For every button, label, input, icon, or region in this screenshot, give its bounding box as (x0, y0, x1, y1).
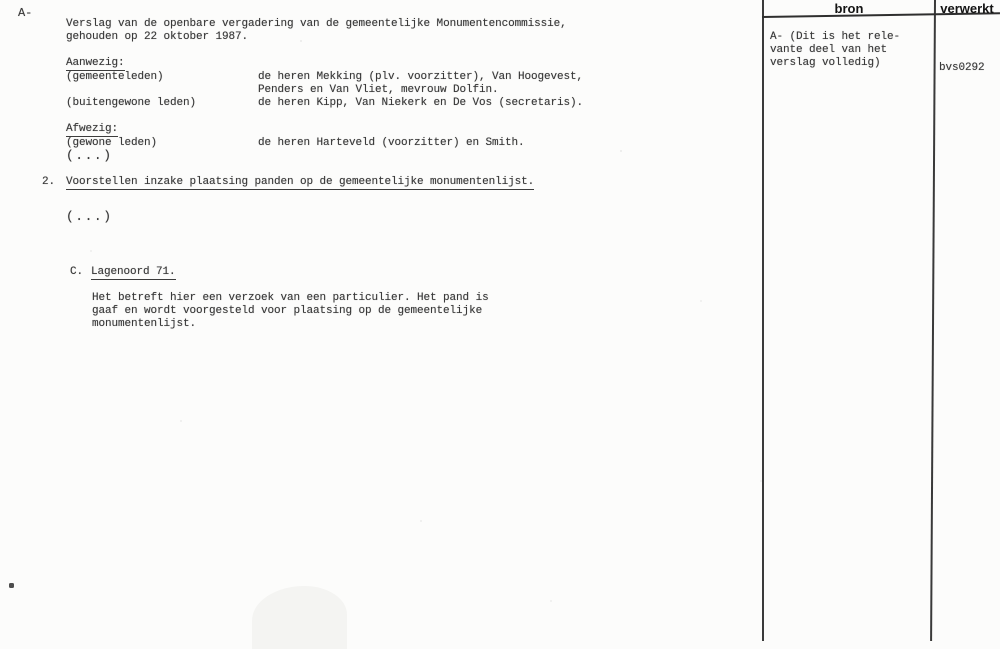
scan-noise-speckles (0, 0, 2, 2)
present-heading-text: Aanwezig: (66, 57, 125, 71)
item2-number: 2. (42, 176, 55, 189)
bron-note-line-2: vante deel van het (770, 44, 887, 57)
present-value-buitengewone-leden: de heren Kipp, Van Niekerk en De Vos (se… (258, 97, 583, 110)
present-label-buitengewone-leden: (buitengewone leden) (66, 97, 196, 110)
table-divider-right (930, 0, 936, 641)
itemC-body-line-3: monumentenlijst. (92, 318, 196, 331)
table-divider-left (762, 0, 764, 641)
itemC-heading: Lagenoord 71. (91, 266, 176, 279)
ellipsis-omission-2: (...) (66, 210, 113, 223)
verwerkt-code: bvs0292 (939, 62, 985, 75)
present-value-gemeenteleden-2: Penders en Van Vliet, mevrouw Dolfin. (258, 84, 499, 97)
itemC-body-line-2: gaaf en wordt voorgesteld voor plaatsing… (92, 305, 482, 318)
present-heading: Aanwezig: (66, 57, 125, 70)
itemC-label: C. (70, 266, 83, 279)
absent-heading-text: Afwezig: (66, 123, 118, 137)
absent-heading: Afwezig: (66, 123, 118, 136)
intro-line-2: gehouden op 22 oktober 1987. (66, 31, 248, 44)
present-label-gemeenteleden: (gemeenteleden) (66, 71, 164, 84)
bron-note-line-1: A- (Dit is het rele- (770, 31, 900, 44)
absent-value-gewone-leden: de heren Harteveld (voorzitter) en Smith… (258, 137, 525, 150)
intro-line-1: Verslag van de openbare vergadering van … (66, 18, 567, 31)
scan-smudge (252, 586, 347, 649)
present-value-gemeenteleden-1: de heren Mekking (plv. voorzitter), Van … (258, 71, 583, 84)
column-header-bron: bron (764, 1, 934, 16)
bron-note-line-3: verslag volledig) (770, 57, 881, 70)
item2-heading-text: Voorstellen inzake plaatsing panden op d… (66, 176, 534, 190)
itemC-body-line-1: Het betreft hier een verzoek van een par… (92, 292, 489, 305)
page-marker: A- (18, 7, 32, 20)
scan-ink-dot (9, 583, 14, 588)
ellipsis-omission-1: (...) (66, 149, 113, 162)
itemC-heading-text: Lagenoord 71. (91, 266, 176, 280)
item2-heading: Voorstellen inzake plaatsing panden op d… (66, 176, 534, 189)
column-header-verwerkt: verwerkt (935, 1, 999, 16)
